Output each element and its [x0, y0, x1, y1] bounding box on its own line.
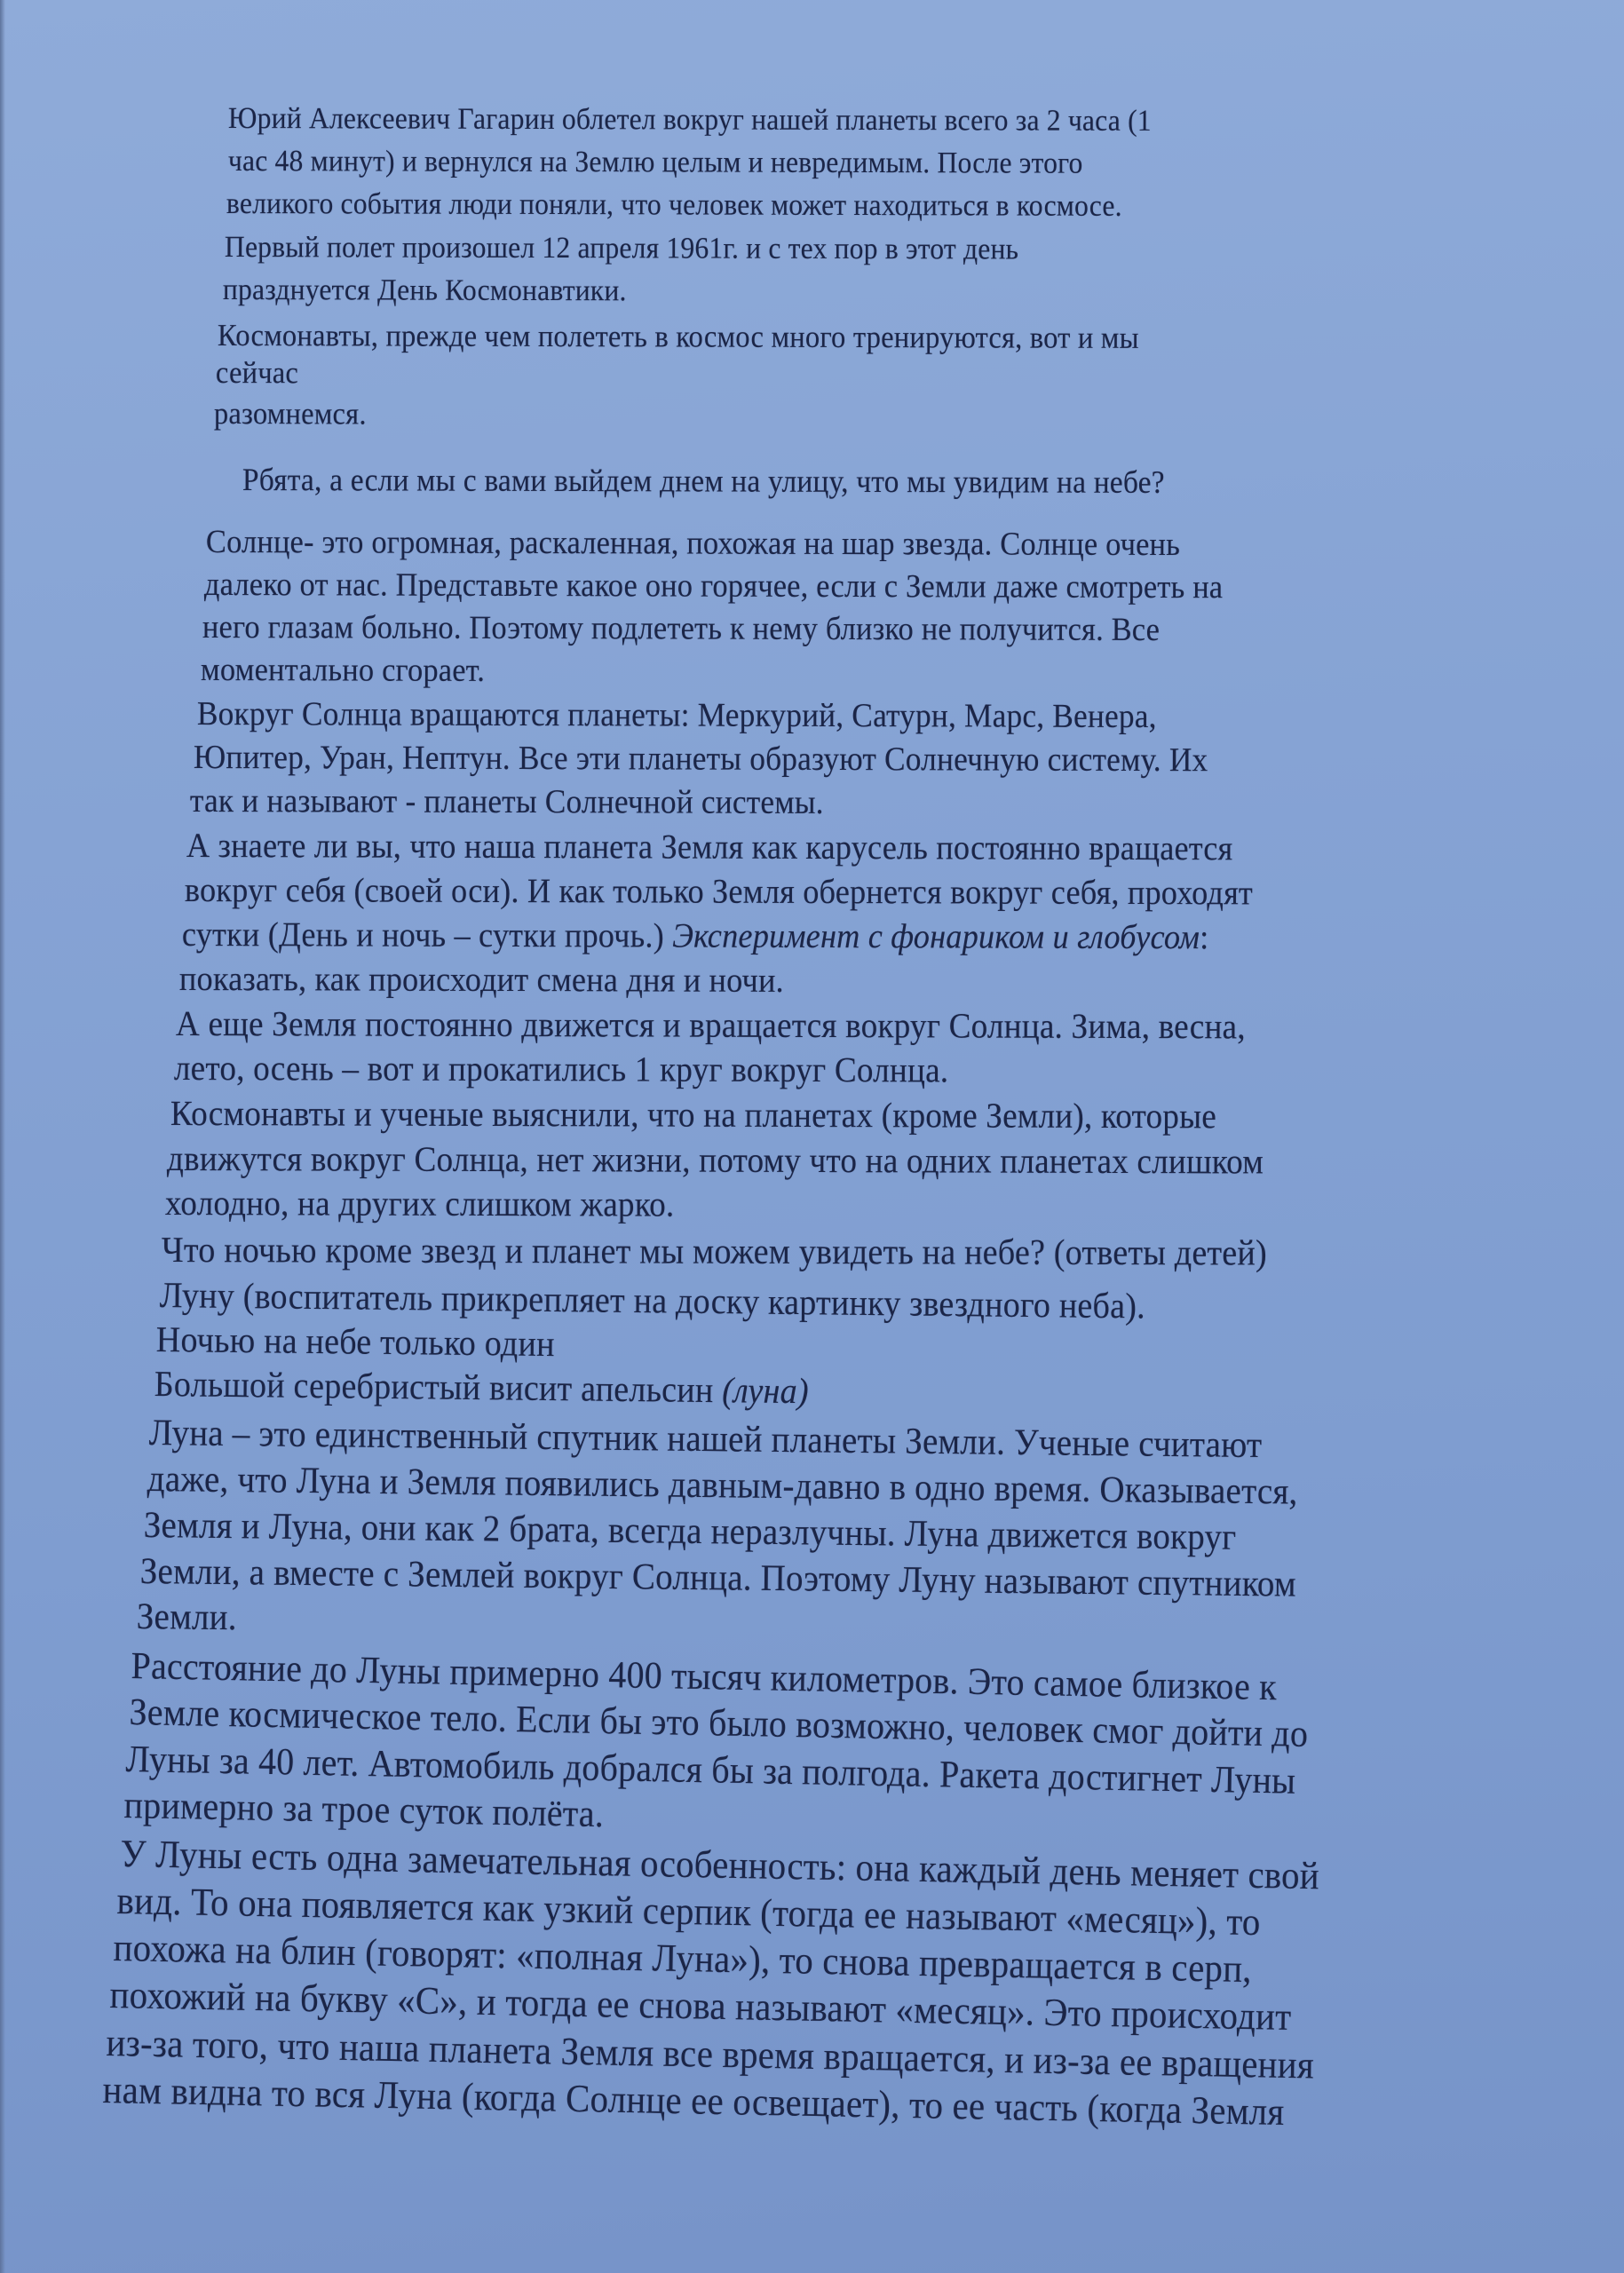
text-line-content: примерно за трое суток полёта. — [123, 1785, 604, 1835]
text-line: Космонавты и ученые выяснили, что на пла… — [170, 1096, 1216, 1134]
text-line-content: великого события люди поняли, что челове… — [226, 187, 1122, 223]
text-line-content: Большой серебристый висит апельсин — [154, 1363, 723, 1410]
text-line: сейчас — [216, 357, 298, 388]
text-line-content: далеко от нас. Представьте какое оно гор… — [204, 566, 1223, 606]
text-line-content: так и называют - планеты Солнечной систе… — [190, 782, 824, 821]
italic-emphasis: Эксперимент с фонариком и глобусом — [672, 917, 1200, 957]
text-line-content: моментально сгорает. — [201, 652, 485, 689]
text-line-content: холодно, на других слишком жарко. — [165, 1183, 675, 1224]
text-line-content: Земли, а вместе с Землей вокруг Солнца. … — [140, 1551, 1296, 1605]
text-line-content: сейчас — [216, 355, 298, 390]
text-line-content: сутки (День и ночь – сутки прочь.) — [182, 915, 672, 955]
text-line: показать, как происходит смена дня и ноч… — [179, 962, 784, 998]
text-line: А еще Земля постоянно движется и вращает… — [176, 1006, 1246, 1044]
text-line: Луна – это единственный спутник нашей пл… — [149, 1414, 1263, 1464]
italic-emphasis: (луна) — [722, 1369, 809, 1411]
text-line: Земли. — [137, 1598, 237, 1636]
text-line-content: Вокруг Солнца вращаются планеты: Меркури… — [197, 695, 1157, 735]
text-line: час 48 минут) и вернулся на Землю целым … — [228, 147, 1083, 179]
text-line: него глазам больно. Поэтому подлететь к … — [202, 611, 1160, 646]
text-line-content: Ночью на небе только один — [156, 1319, 555, 1364]
text-line: Земли, а вместе с Землей вокруг Солнца. … — [140, 1553, 1296, 1604]
text-line-content: Что ночью кроме звезд и планет мы можем … — [162, 1229, 1267, 1273]
text-line: Вокруг Солнца вращаются планеты: Меркури… — [197, 697, 1157, 733]
text-line-content: Юрий Алексеевич Гагарин облетел вокруг н… — [228, 102, 1152, 138]
text-line: вокруг себя (своей оси). И как только Зе… — [185, 873, 1253, 910]
text-line: далеко от нас. Представьте какое оно гор… — [204, 568, 1223, 604]
text-line: великого события люди поняли, что челове… — [226, 189, 1122, 222]
printed-page: Юрий Алексеевич Гагарин облетел вокруг н… — [0, 0, 1624, 2273]
text-line-content: даже, что Луна и Земля появились давным-… — [147, 1459, 1298, 1513]
text-line-content: него глазам больно. Поэтому подлететь к … — [202, 609, 1160, 648]
text-line-content: показать, как происходит смена дня и ноч… — [179, 960, 784, 1000]
text-line: сутки (День и ночь – сутки прочь.) Экспе… — [182, 917, 1209, 954]
text-line: моментально сгорает. — [201, 653, 485, 687]
text-line-content: разомнемся. — [214, 396, 367, 431]
text-line-content: празднуется День Космонавтики. — [223, 273, 627, 307]
text-line-content: Космонавты и ученые выяснили, что на пла… — [170, 1093, 1216, 1136]
text-line-content: движутся вокруг Солнца, нет жизни, потом… — [167, 1138, 1264, 1181]
text-line: А знаете ли вы, что наша планета Земля к… — [186, 828, 1233, 866]
text-line: так и называют - планеты Солнечной систе… — [190, 784, 824, 820]
text-line-content: Земля и Луна, они как 2 брата, всегда не… — [144, 1505, 1237, 1558]
text-line: Луну (воспитатель прикрепляет на доску к… — [160, 1277, 1145, 1324]
text-line: Большой серебристый висит апельсин (луна… — [154, 1366, 809, 1409]
text-line: Космонавты, прежде чем полететь в космос… — [218, 320, 1139, 353]
text-line: лето, осень – вот и прокатились 1 круг в… — [174, 1050, 948, 1088]
text-line: даже, что Луна и Земля появились давным-… — [147, 1461, 1298, 1511]
text-line-content: Земли. — [137, 1596, 237, 1638]
trailing-punctuation: : — [1200, 918, 1208, 956]
text-line: Земля и Луна, они как 2 брата, всегда не… — [144, 1507, 1237, 1556]
text-line-content: час 48 минут) и вернулся на Землю целым … — [228, 145, 1083, 180]
text-line-content: Юпитер, Уран, Нептун. Все эти планеты об… — [194, 739, 1208, 779]
text-line-content: А знаете ли вы, что наша планета Земля к… — [186, 827, 1233, 867]
text-line: Рбята, а если мы с вами выйдем днем на у… — [242, 463, 1165, 498]
text-line-content: Луна – это единственный спутник нашей пл… — [149, 1413, 1263, 1466]
text-line: Солнце- это огромная, раскаленная, похож… — [206, 526, 1180, 561]
text-line-content: Луну (воспитатель прикрепляет на доску к… — [160, 1274, 1145, 1326]
text-line: примерно за трое суток полёта. — [123, 1786, 604, 1833]
text-line-content: А еще Земля постоянно движется и вращает… — [176, 1003, 1246, 1046]
text-line-content: Космонавты, прежде чем полететь в космос… — [218, 318, 1139, 355]
text-line-content: Рбята, а если мы с вами выйдем днем на у… — [242, 462, 1165, 500]
text-line-content: лето, осень – вот и прокатились 1 круг в… — [174, 1048, 948, 1089]
text-line: движутся вокруг Солнца, нет жизни, потом… — [167, 1141, 1264, 1179]
text-line: Что ночью кроме звезд и планет мы можем … — [162, 1232, 1267, 1271]
text-line: Юпитер, Уран, Нептун. Все эти планеты об… — [194, 741, 1208, 777]
text-line-content: вокруг себя (своей оси). И как только Зе… — [185, 871, 1253, 912]
text-line: разомнемся. — [214, 398, 367, 429]
text-line: холодно, на других слишком жарко. — [165, 1185, 675, 1223]
text-line: Ночью на небе только один — [156, 1321, 555, 1362]
text-line: празднуется День Космонавтики. — [223, 275, 627, 306]
text-line-content: Первый полет произошел 12 апреля 1961г. … — [225, 231, 1018, 266]
text-line-content: Солнце- это огромная, раскаленная, похож… — [206, 524, 1180, 563]
text-line: Юрий Алексеевич Гагарин облетел вокруг н… — [228, 104, 1152, 137]
text-line: Первый полет произошел 12 апреля 1961г. … — [225, 233, 1018, 265]
